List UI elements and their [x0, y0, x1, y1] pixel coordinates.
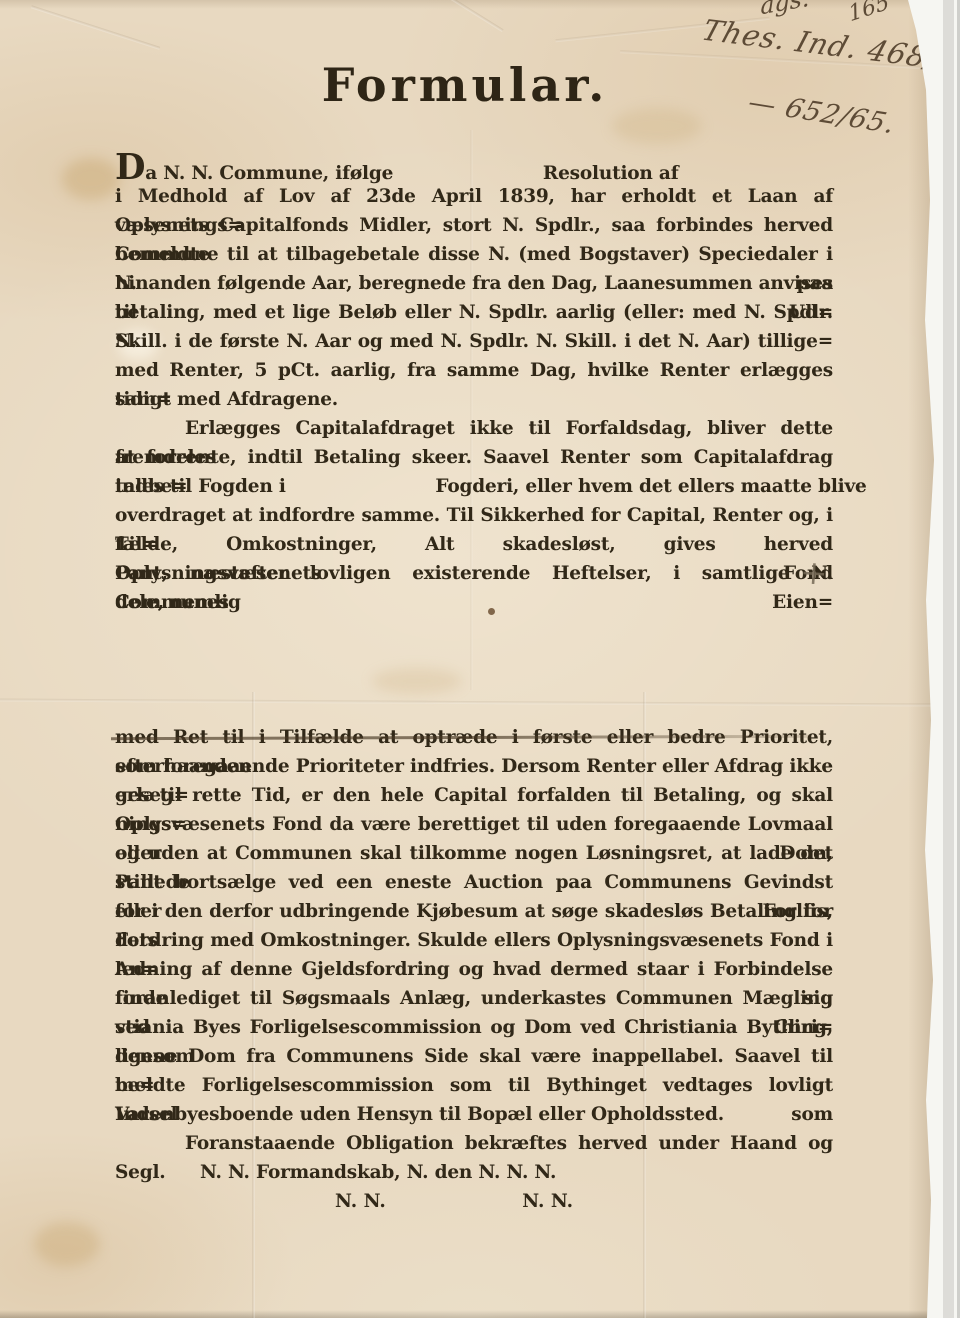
crease-line	[421, 0, 503, 32]
form-line: at forrente, indtil Betaling skeer. Saav…	[115, 443, 833, 472]
stain	[612, 108, 702, 144]
stain	[372, 668, 462, 694]
form-line: ges til rette Tid, er den hele Capital f…	[115, 781, 833, 810]
form-line: i Medhold af Lov af 23de April 1839, har…	[115, 182, 833, 211]
scanner-background-band	[943, 0, 954, 1318]
form-line: ningsvæsenets Fond da være berettiget ti…	[115, 810, 833, 839]
signatories-row: N. N. N. N.	[115, 1187, 833, 1216]
stain	[34, 1222, 100, 1266]
closing-line: Foranstaaende Obligation bekræftes herve…	[115, 1129, 833, 1158]
form-line: tales til Fogden i Fogderi, eller hvem d…	[115, 472, 833, 501]
form-line: Pant bortsælge ved een eneste Auction pa…	[115, 868, 833, 897]
form-line: Erlægges Capitalafdraget ikke til Forfal…	[115, 414, 833, 443]
form-line: meldte Forligelsescommission som til Byt…	[115, 1071, 833, 1100]
form-body-upper: Da N. N. Commune, ifølge Resolution af i…	[115, 153, 833, 617]
form-line: Commune til at tilbagebetale disse N. (m…	[115, 240, 833, 269]
pencil-plus-mark: +	[799, 552, 829, 593]
page-title: Formular.	[115, 58, 815, 112]
form-line: Fordring med Omkostninger. Skulde ellers…	[115, 926, 833, 955]
signature-line: N. N. Formandskab, N. den N. N. N.	[115, 1158, 833, 1187]
handwriting-case-number: — 652/65.	[744, 87, 901, 140]
form-line: fælde, Omkostninger, Alt skadesløst, giv…	[115, 530, 833, 559]
handwriting-top-fragment: 165	[846, 0, 891, 27]
form-line: Pant, næstefter lovligen existerende Hef…	[115, 559, 833, 588]
paper-sheet: Formular. Da N. N. Commune, ifølge Resol…	[0, 0, 941, 1318]
form-body-lower: med Ret til i Tilfælde at optræde i førs…	[115, 723, 833, 1216]
form-line: Da N. N. Commune, ifølge Resolution af	[115, 153, 833, 182]
form-line: ledning af denne Gjeldsfordring og hvad …	[115, 955, 833, 984]
form-line: betaling, med et lige Beløb eller N. Spd…	[115, 298, 833, 327]
handwriting-top-fragment: ags.	[760, 0, 810, 20]
form-line: væsenets Capitalfonds Midler, stort N. S…	[115, 211, 833, 240]
form-line: stiania Byes Forligelsescommission og Do…	[115, 1013, 833, 1042]
stain	[62, 158, 120, 200]
form-line: Skill. i de første N. Aar og med N. Spdl…	[115, 327, 833, 356]
form-line: denne Dom fra Communens Side skal være i…	[115, 1042, 833, 1071]
signatory: N. N.	[335, 1191, 386, 1212]
form-line: foranlediget til Søgsmaals Anlæg, underk…	[115, 984, 833, 1013]
form-line: tidigt med Afdragene.	[115, 385, 833, 414]
fold-line-horizontal	[0, 699, 941, 707]
form-line: hinanden følgende Aar, beregnede fra den…	[115, 269, 833, 298]
crease-line	[31, 5, 160, 50]
form-line: som foregaaende Prioriteter indfries. De…	[115, 752, 833, 781]
form-line: og uden at Communen skal tilkomme nogen …	[115, 839, 833, 868]
form-line: med Renter, 5 pCt. aarlig, fra samme Dag…	[115, 356, 833, 385]
form-line: overdraget at indfordre samme. Til Sikke…	[115, 501, 833, 530]
signatory: N. N.	[522, 1191, 573, 1212]
form-line: for i den derfor udbringende Kjøbesum at…	[115, 897, 833, 926]
